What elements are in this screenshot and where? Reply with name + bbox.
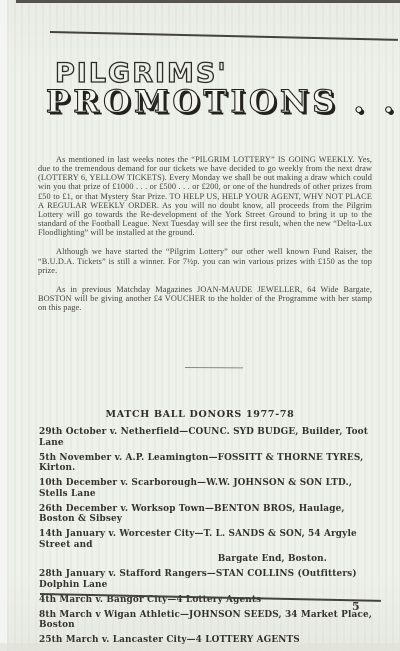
donor-row: 28th January v. Stafford Rangers—STAN CO… — [39, 569, 377, 590]
page-number: 5 — [352, 600, 360, 613]
page-title: PILGRIMS' PROMOTIONS . . . — [55, 60, 400, 119]
donor-list: 29th October v. Netherfield—COUNC. SYD B… — [39, 427, 377, 650]
donor-row: 26th December v. Worksop Town—BENTON BRO… — [39, 504, 377, 525]
paragraph-buda-tickets: Although we have started the “Pilgrim Lo… — [38, 247, 372, 274]
scan-top-edge-line — [16, 0, 400, 3]
donor-row: 8th March v Wigan Athletic—JOHNSON SEEDS… — [39, 610, 377, 631]
title-promotions: PROMOTIONS . . . — [46, 85, 400, 119]
donor-row: 5th November v. A.P. Leamington—FOSSITT … — [39, 453, 377, 474]
donor-row: 10th December v. Scarborough—W.W. JOHNSO… — [39, 478, 377, 499]
paragraph-jeweller-voucher: As in previous Matchday Magazines JOAN-M… — [38, 285, 372, 312]
donor-row: 14th January v. Worcester City—T. L. SAN… — [39, 529, 377, 550]
header-rule — [50, 31, 398, 41]
donor-row: 25th March v. Lancaster City—4 LOTTERY A… — [39, 635, 377, 646]
paragraph-lottery-weekly: As mentioned in last weeks notes the “PI… — [38, 155, 372, 237]
donor-row-continuation: Bargate End, Boston. — [39, 554, 327, 565]
section-divider — [185, 367, 243, 368]
body-copy: As mentioned in last weeks notes the “PI… — [38, 155, 372, 322]
donors-heading: MATCH BALL DONORS 1977-78 — [0, 409, 400, 420]
scanned-programme-page: PILGRIMS' PROMOTIONS . . . As mentioned … — [0, 0, 400, 651]
donor-row: 29th October v. Netherfield—COUNC. SYD B… — [39, 427, 377, 448]
scan-left-edge — [0, 0, 7, 651]
